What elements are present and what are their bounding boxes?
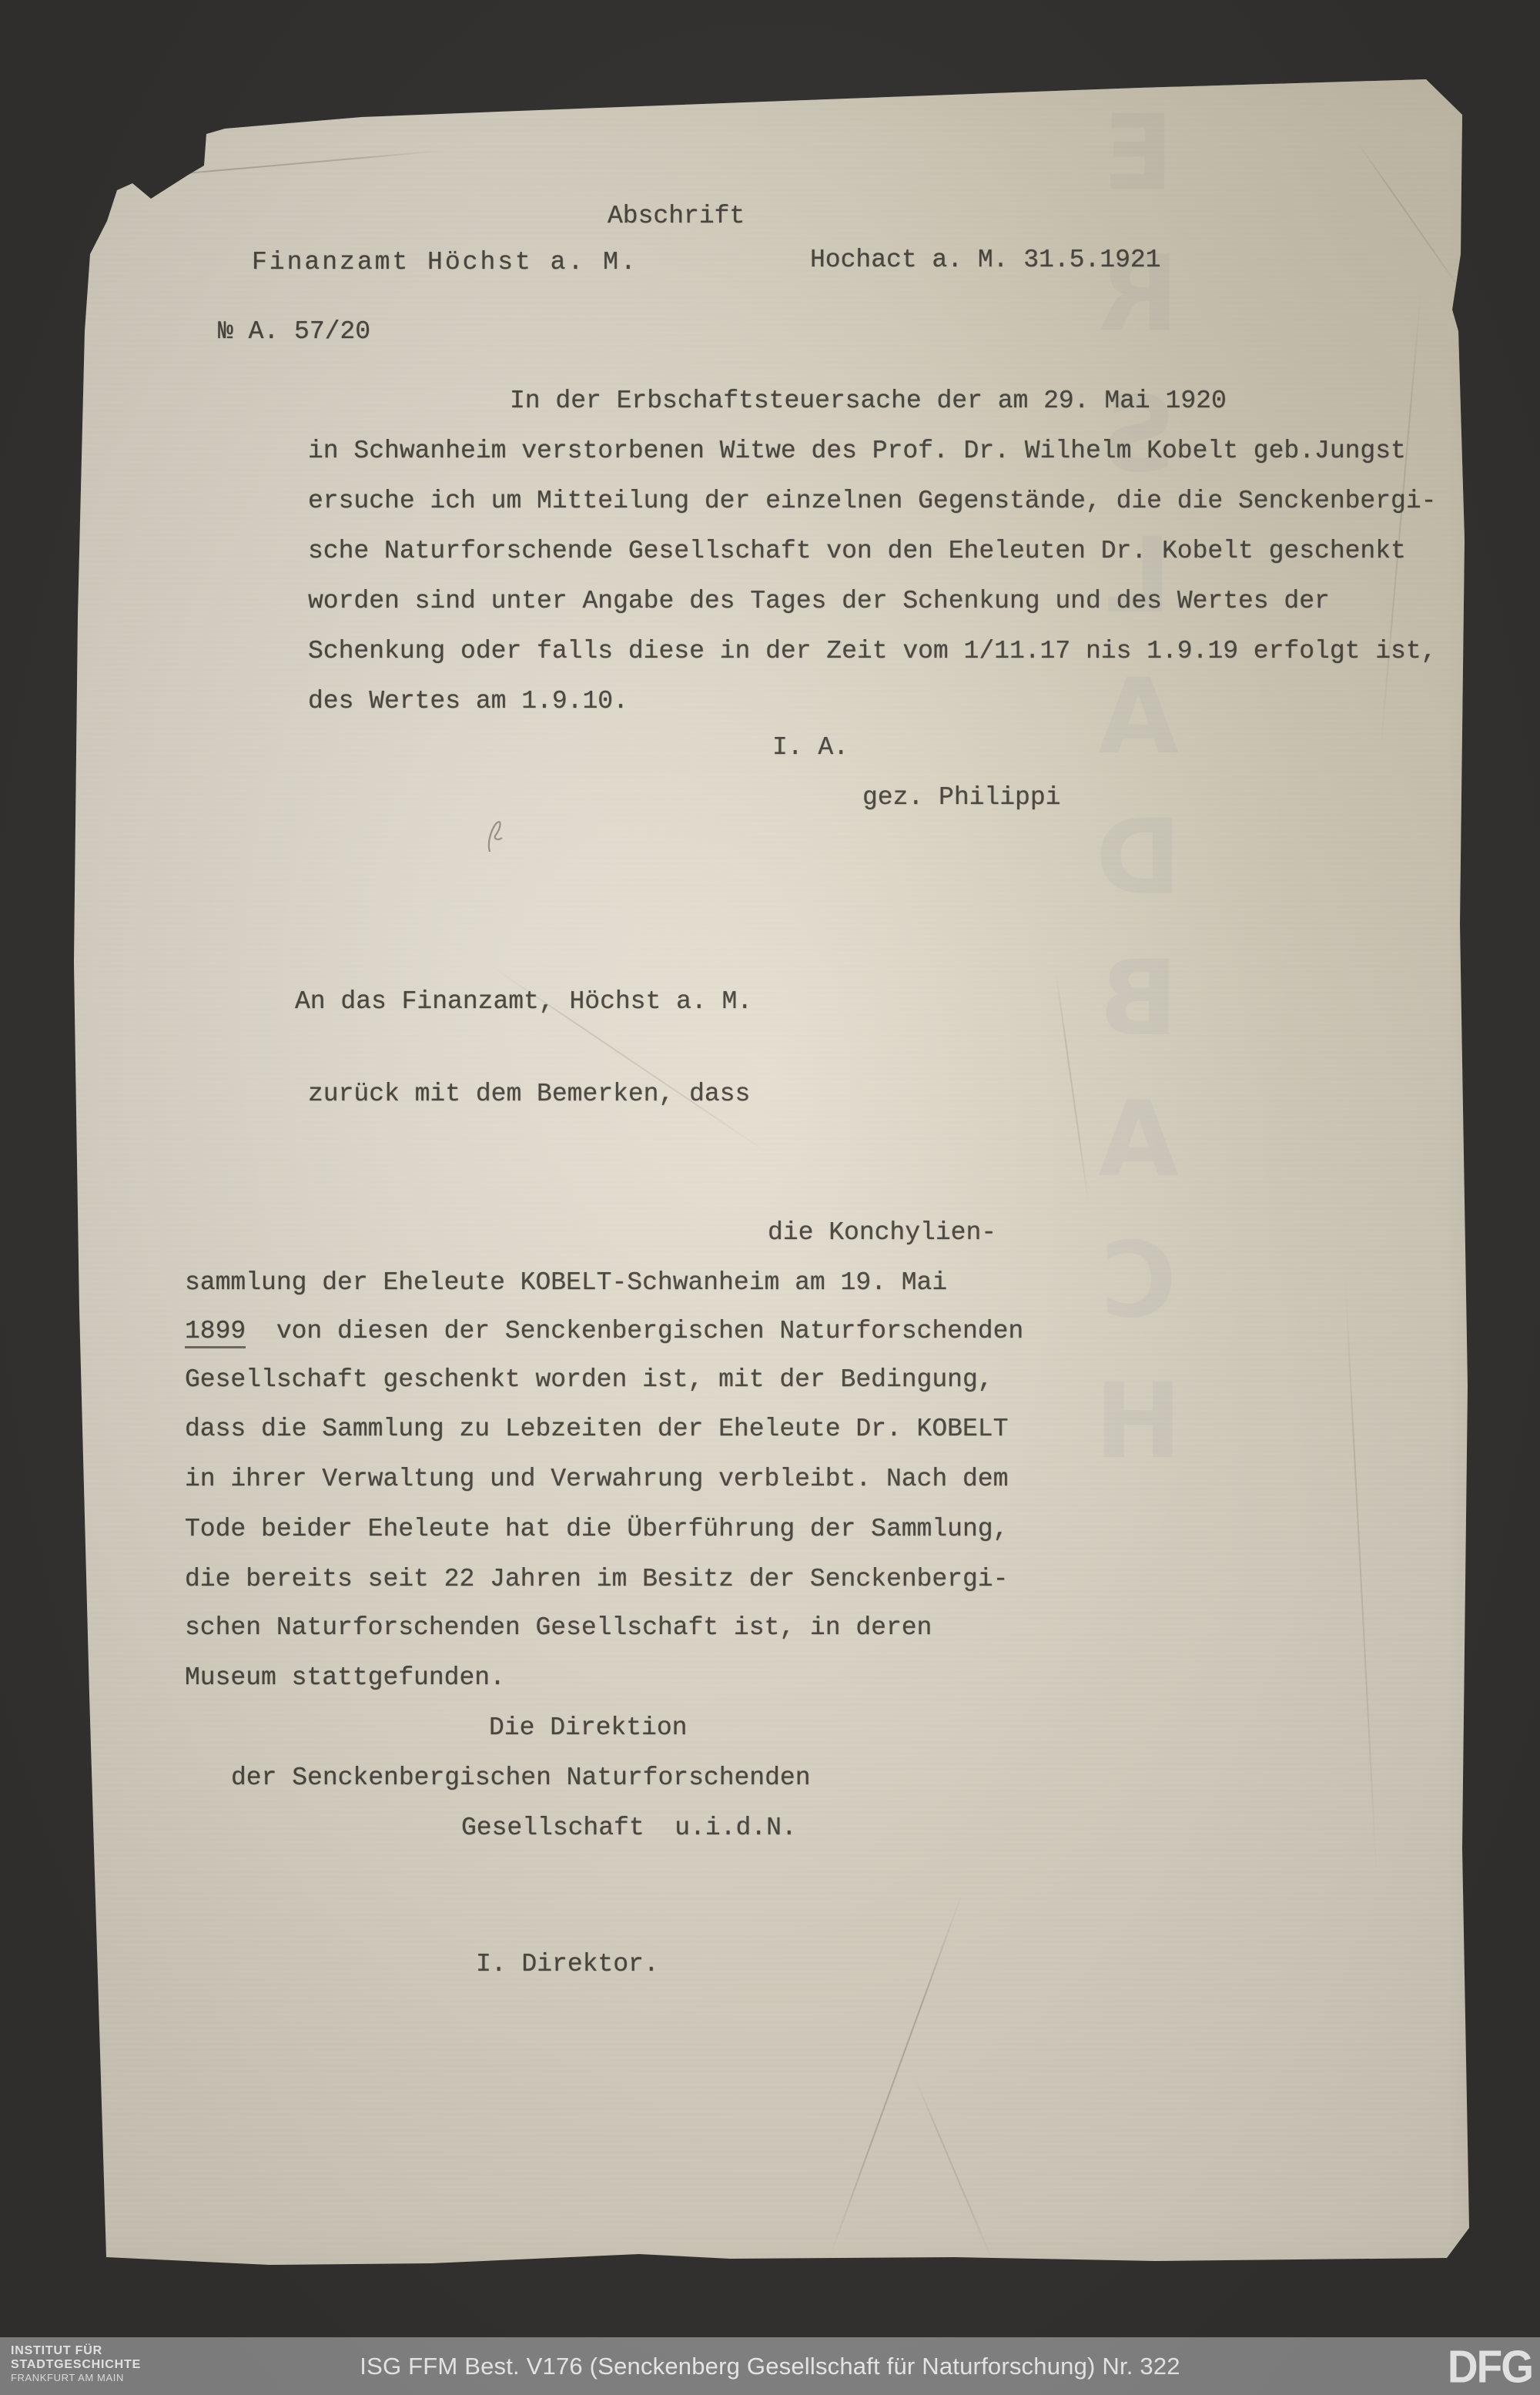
paper-shading xyxy=(0,0,1540,2395)
typed-line: die bereits seit 22 Jahren im Besitz der… xyxy=(185,1554,1008,1604)
typed-line: dass die Sammlung zu Lebzeiten der Ehele… xyxy=(185,1404,1008,1454)
doc-closing: Die Direktion xyxy=(489,1703,687,1753)
fold-crease xyxy=(115,150,446,180)
stray-pen-mark xyxy=(482,818,513,855)
typed-line: worden sind unter Angabe des Tages der S… xyxy=(308,576,1330,626)
underlined-year: 1899 xyxy=(185,1317,246,1348)
typed-line: schen Naturforschenden Gesellschaft ist,… xyxy=(185,1603,932,1653)
doc-signed: gez. Philippi xyxy=(862,772,1060,822)
fold-crease xyxy=(1344,1278,1378,1878)
fold-crease xyxy=(829,1894,962,2256)
typed-line-rest: von diesen der Senckenbergischen Naturfo… xyxy=(246,1317,1023,1345)
typed-line: in ihrer Verwaltung und Verwahrung verbl… xyxy=(185,1454,1008,1504)
scanned-document-page: ERSLADBACH Abschrift Finanzamt Höchst a.… xyxy=(0,0,1540,2395)
archive-caption-bar: INSTITUT FÜR STADTGESCHICHTE FRANKFURT A… xyxy=(0,2337,1540,2395)
typed-line: Schenkung oder falls diese in der Zeit v… xyxy=(308,626,1436,676)
typed-line: In der Erbschaftsteuersache der am 29. M… xyxy=(510,376,1227,426)
doc-signature-role: I. Direktor. xyxy=(476,1939,659,1989)
typed-line: Museum stattgefunden. xyxy=(185,1653,505,1703)
scan-viewer: { "background_color": "#363432", "paper_… xyxy=(0,0,1540,2395)
doc-heading: Abschrift xyxy=(608,191,745,241)
typed-line: Gesellschaft geschenkt worden ist, mit d… xyxy=(185,1355,993,1405)
typed-line: die Konchylien- xyxy=(768,1208,996,1258)
doc-file-number: № A. 57/20 xyxy=(218,306,370,357)
typed-line: des Wertes am 1.9.10. xyxy=(308,676,628,726)
archive-caption: ISG FFM Best. V176 (Senckenberg Gesellsc… xyxy=(0,2337,1540,2395)
typed-line: sammlung der Eheleute KOBELT-Schwanheim … xyxy=(185,1258,947,1308)
typed-line: 1899 von diesen der Senckenbergischen Na… xyxy=(185,1306,1023,1356)
doc-addressee: An das Finanzamt, Höchst a. M. xyxy=(295,976,752,1027)
typed-line: sche Naturforschende Gesellschaft von de… xyxy=(308,526,1406,576)
doc-remark-intro: zurück mit dem Bemerken, dass xyxy=(308,1069,750,1119)
doc-sender: Finanzamt Höchst a. M. xyxy=(252,237,638,287)
fold-crease xyxy=(1355,140,1467,299)
doc-closing: Gesellschaft u.i.d.N. xyxy=(461,1803,797,1853)
doc-ia: I. A. xyxy=(772,722,849,772)
dfg-logo: DFG xyxy=(1448,2340,1532,2393)
fold-crease xyxy=(915,2079,994,2264)
doc-dateline: Hochact a. M. 31.5.1921 xyxy=(810,235,1160,285)
typed-line: in Schwanheim verstorbenen Witwe des Pro… xyxy=(308,426,1406,476)
doc-closing: der Senckenbergischen Naturforschenden xyxy=(231,1753,811,1803)
typed-line: ersuche ich um Mitteilung der einzelnen … xyxy=(308,476,1436,526)
fold-crease xyxy=(1055,970,1090,1207)
typed-line: Tode beider Eheleute hat die Überführung… xyxy=(185,1504,1008,1554)
